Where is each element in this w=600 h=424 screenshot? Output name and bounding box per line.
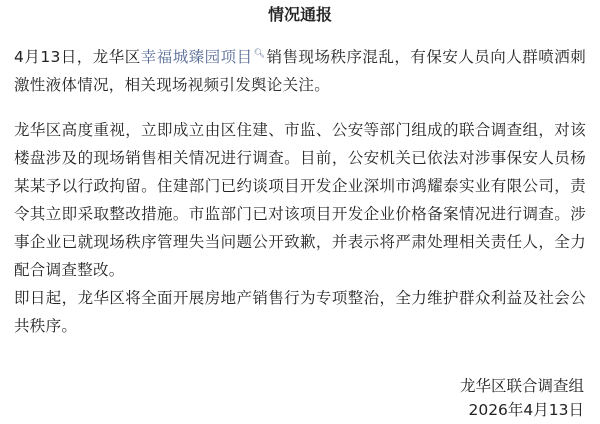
paragraph-1: 4月13日，龙华区幸福城臻园项目🔍︎销售现场秩序混乱，有保安人员向人群喷洒刺激性… [14, 40, 586, 99]
document: 情况通报 4月13日，龙华区幸福城臻园项目🔍︎销售现场秩序混乱，有保安人员向人群… [0, 0, 600, 424]
search-icon[interactable]: 🔍︎ [254, 49, 266, 59]
paragraph-3: 即日起，龙华区将全面开展房地产销售行为专项整治，全力维护群众利益及社会公共秩序。 [14, 284, 586, 340]
paragraph-2: 龙华区高度重视，立即成立由区住建、市监、公安等部门组成的联合调查组，对该楼盘涉及… [14, 116, 586, 284]
signature-date: 2026年4月13日 [284, 396, 584, 424]
paragraph-1-lead: 4月13日，龙华区 [14, 48, 141, 66]
page-title: 情况通报 [0, 4, 600, 26]
project-link[interactable]: 幸福城臻园项目 [141, 48, 253, 66]
